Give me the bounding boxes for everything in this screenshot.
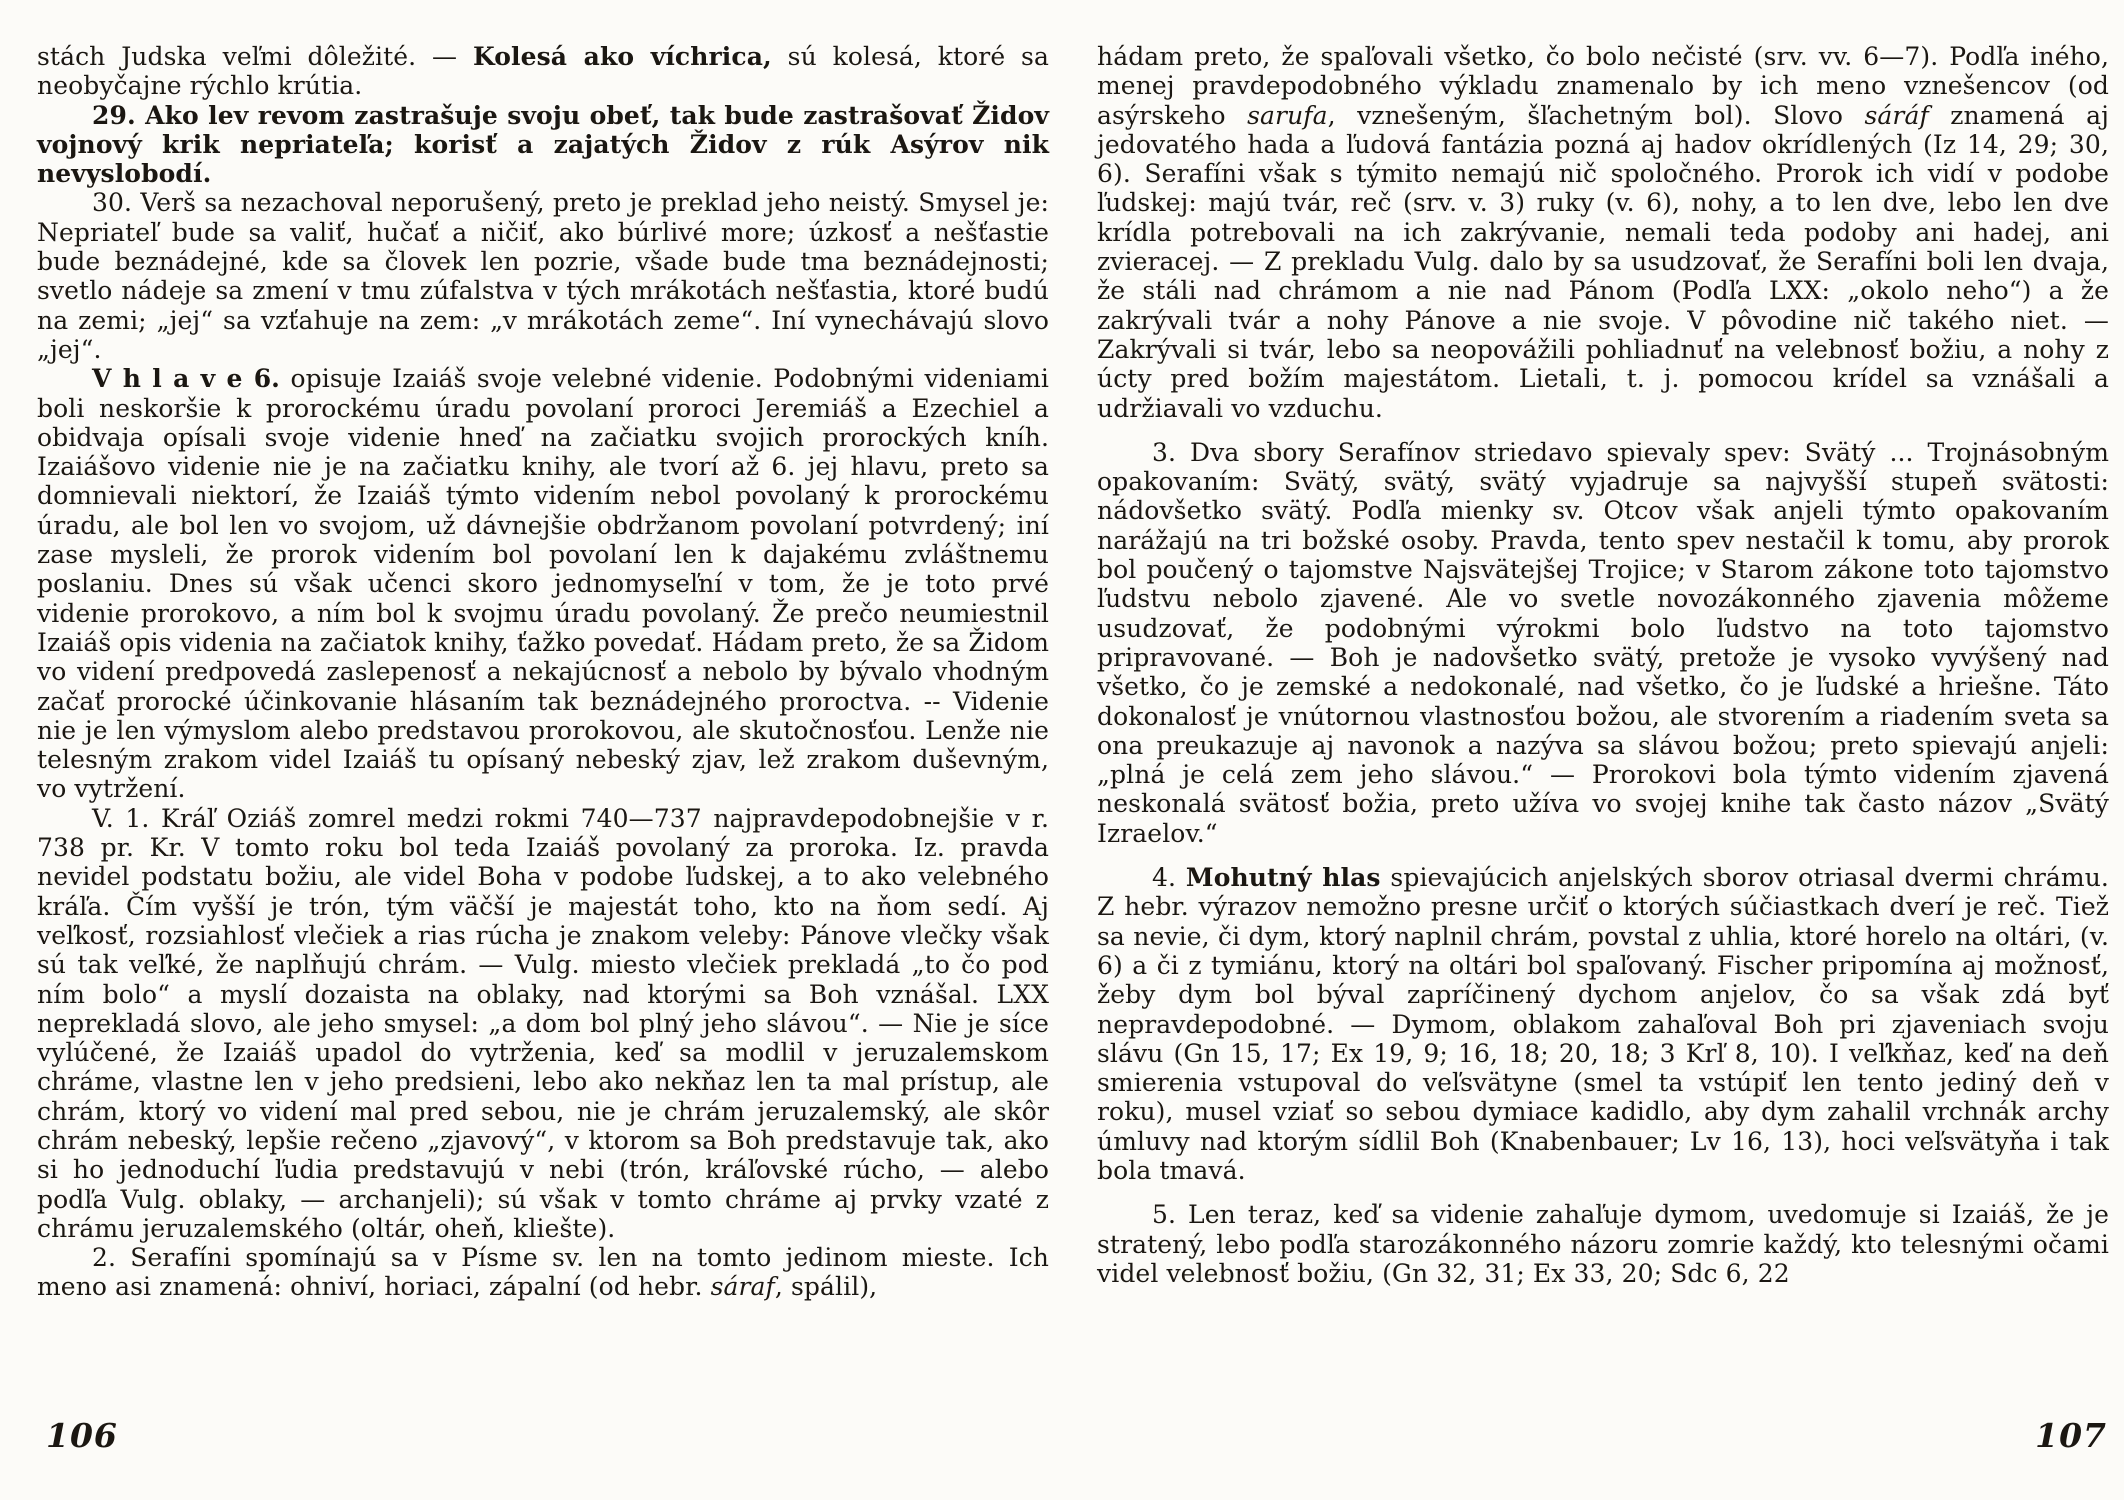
paragraph: stách Judska veľmi dôležité. — Kolesá ak…: [37, 42, 1049, 101]
left-page-text-column: stách Judska veľmi dôležité. — Kolesá ak…: [37, 42, 1049, 1302]
italic-text-run: sáráf: [1864, 101, 1928, 130]
paragraph: V h l a v e 6. opisuje Izaiáš svoje vele…: [37, 364, 1049, 803]
bold-text-run: Kolesá ako víchrica,: [473, 42, 772, 71]
text-run: znamená aj jedovatého hada a ľudová fant…: [1097, 101, 2109, 423]
text-run: 4.: [1152, 863, 1186, 892]
bold-text-run: 29. Ako lev revom zastrašuje svoju obeť,…: [37, 101, 1049, 189]
text-run: spievajúcich anjelských sborov otriasal …: [1097, 863, 2109, 1185]
paragraph: 3. Dva sbory Serafínov striedavo spieval…: [1097, 438, 2109, 848]
text-run: 30. Verš sa nezachoval neporušený, preto…: [37, 188, 1049, 363]
paragraph: 30. Verš sa nezachoval neporušený, preto…: [37, 188, 1049, 364]
text-run: , spálil),: [775, 1272, 877, 1301]
text-run: V. 1. Kráľ Oziáš zomrel medzi rokmi 740—…: [37, 804, 1049, 1243]
text-run: 5. Len teraz, keď sa videnie zahaľuje dy…: [1097, 1200, 2109, 1288]
bold-text-run: Mohutný hlas: [1186, 863, 1381, 892]
bold-text-run: V h l a v e 6.: [92, 364, 280, 393]
right-page-text-column: hádam preto, že spaľovali všetko, čo bol…: [1097, 42, 2109, 1288]
paragraph: 2. Serafíni spomínajú sa v Písme sv. len…: [37, 1243, 1049, 1302]
paragraph: V. 1. Kráľ Oziáš zomrel medzi rokmi 740—…: [37, 804, 1049, 1243]
text-run: opisuje Izaiáš svoje velebné videnie. Po…: [37, 364, 1049, 803]
page-number-right: 107: [1097, 1416, 2107, 1455]
italic-text-run: sáraf: [711, 1272, 775, 1301]
text-run: , vznešeným, šľachetným bol). Slovo: [1328, 101, 1865, 130]
italic-text-run: sarufa: [1247, 101, 1328, 130]
text-run: stách Judska veľmi dôležité. —: [37, 42, 473, 71]
paragraph: 4. Mohutný hlas spievajúcich anjelských …: [1097, 863, 2109, 1185]
paragraph: 5. Len teraz, keď sa videnie zahaľuje dy…: [1097, 1200, 2109, 1288]
text-run: 3. Dva sbory Serafínov striedavo spieval…: [1097, 438, 2109, 848]
book-spread: stách Judska veľmi dôležité. — Kolesá ak…: [0, 0, 2124, 1500]
page-number-left: 106: [46, 1416, 118, 1455]
paragraph: 29. Ako lev revom zastrašuje svoju obeť,…: [37, 101, 1049, 189]
text-run: 2. Serafíni spomínajú sa v Písme sv. len…: [37, 1243, 1049, 1301]
paragraph: hádam preto, že spaľovali všetko, čo bol…: [1097, 42, 2109, 423]
